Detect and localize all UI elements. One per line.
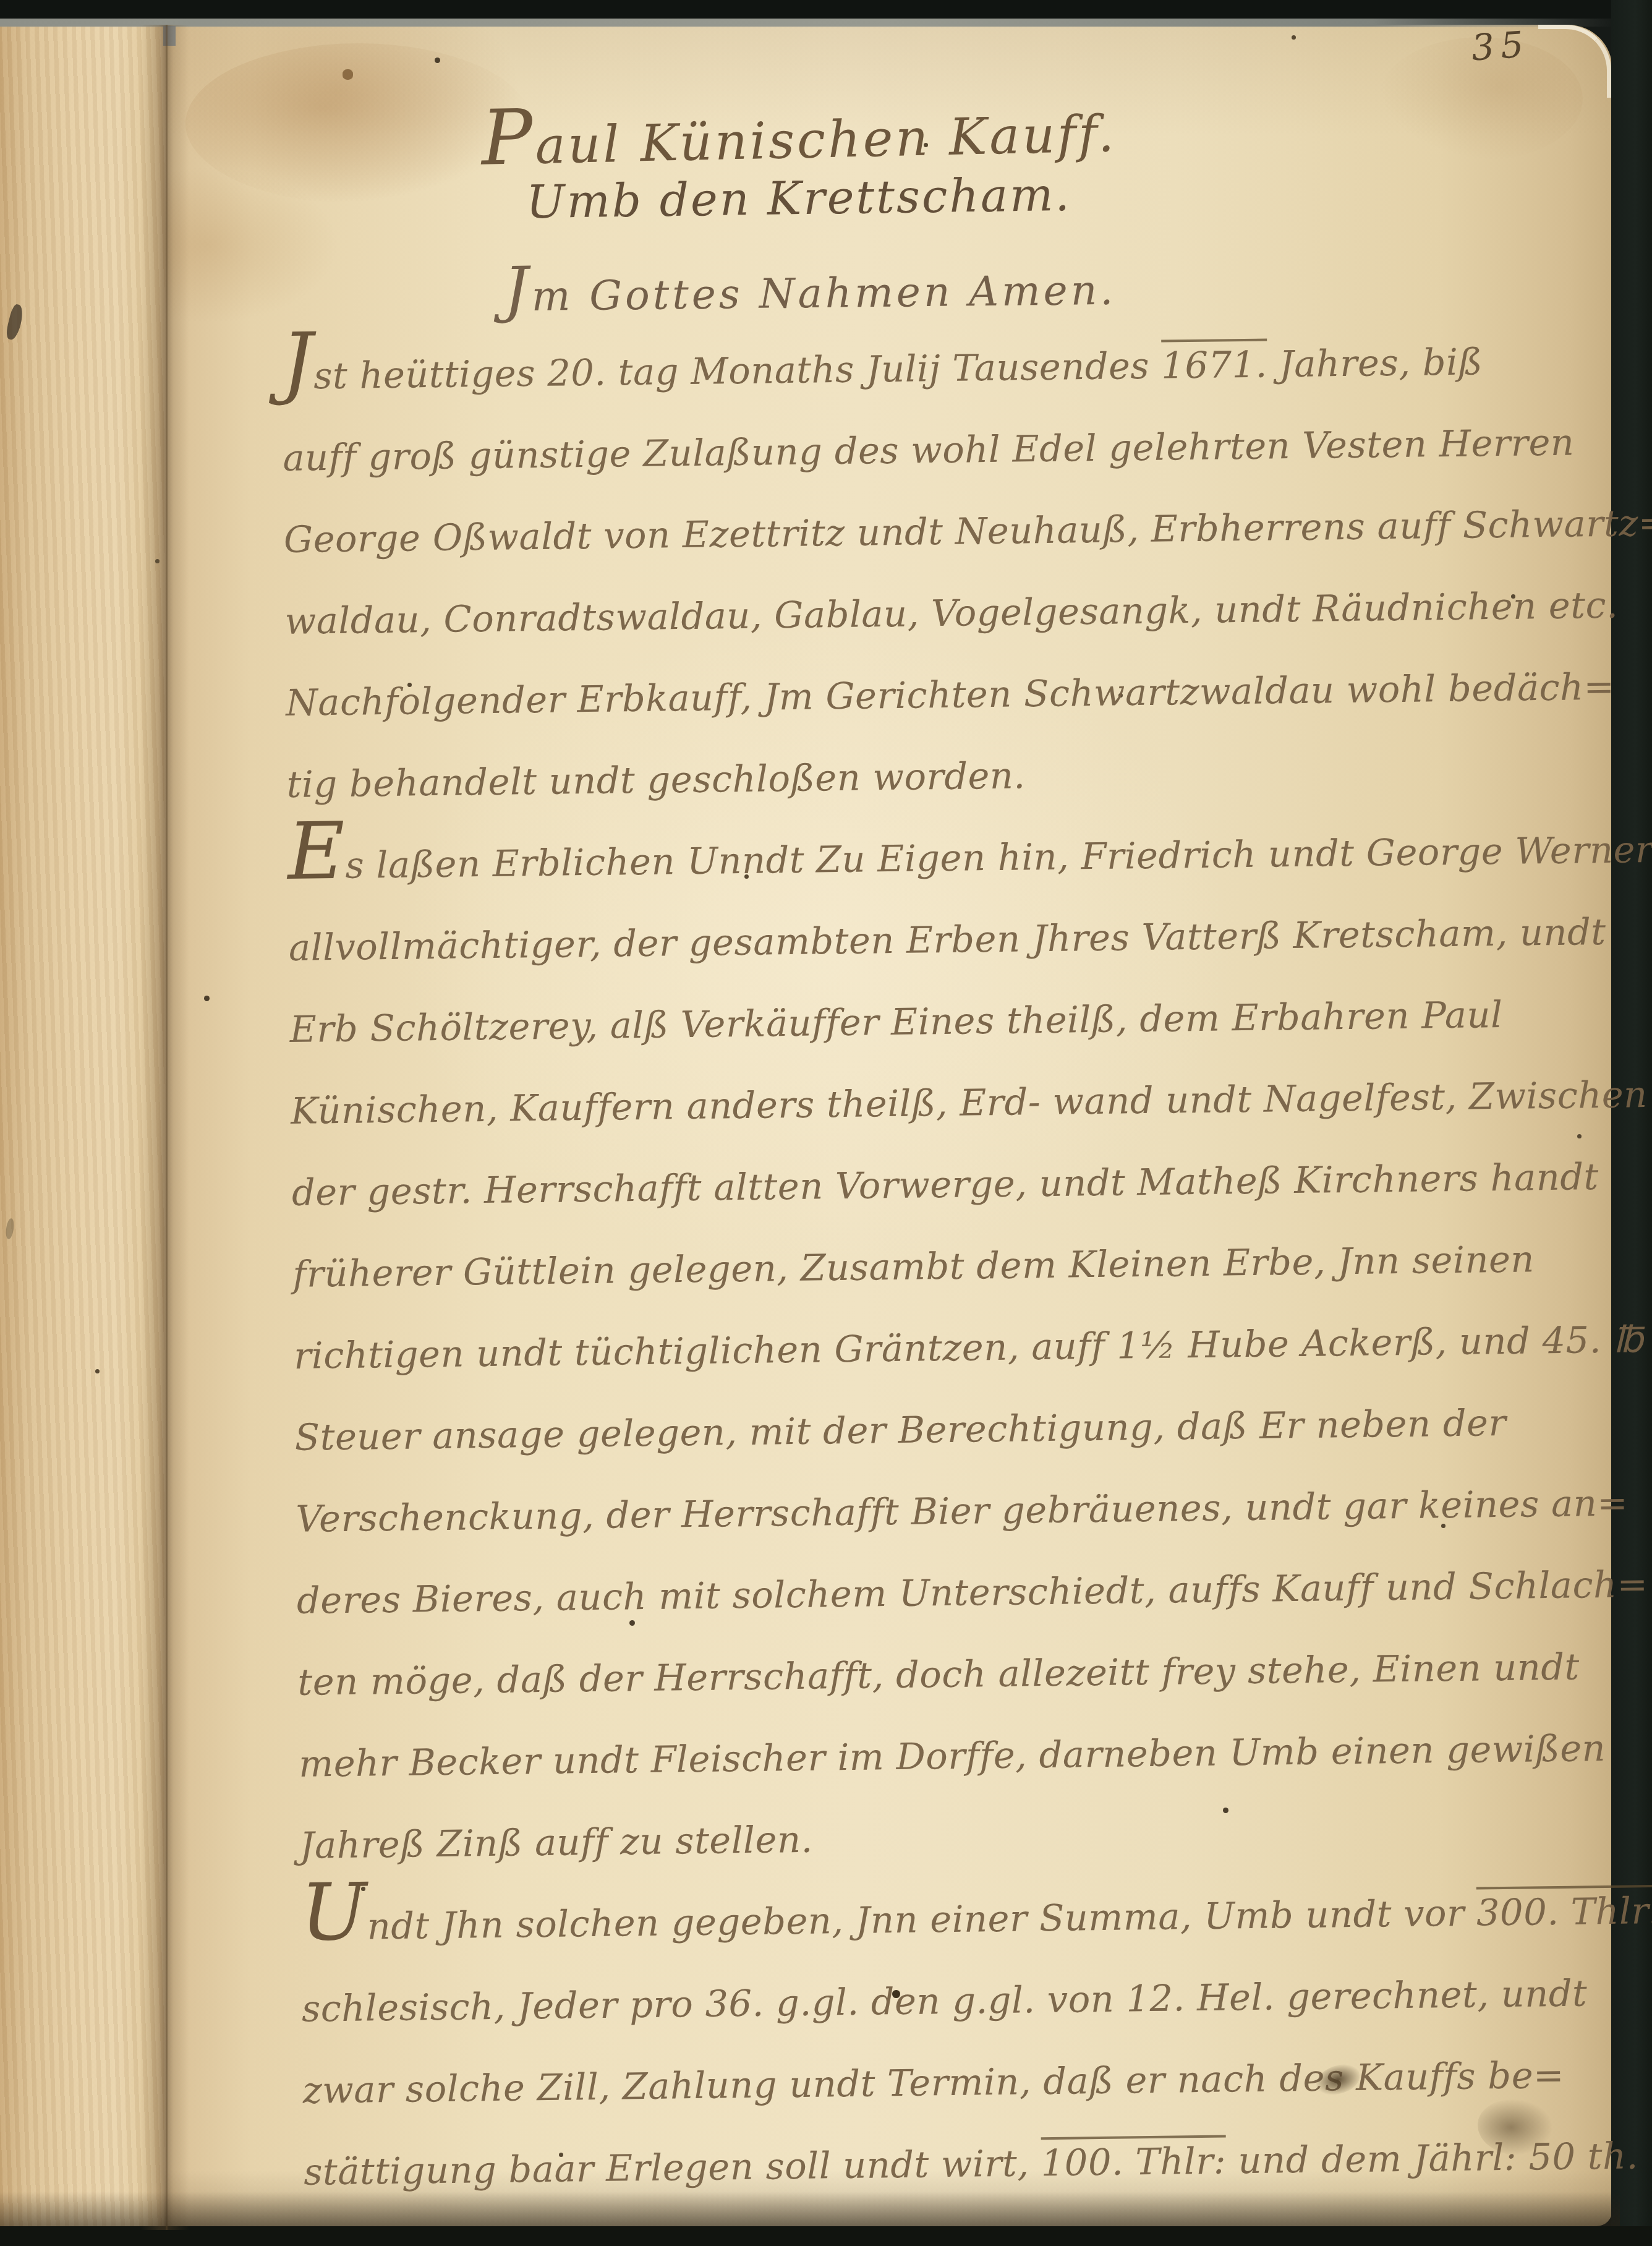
manuscript-line: deres Bieres, auch mit solchem Unterschi… <box>296 1544 1626 1642</box>
overlined-amount: 300. Thlr: <box>1476 1885 1652 1934</box>
edge-ink-mark-faint <box>5 1218 15 1239</box>
manuscript-scan: 35 Paul Künischen Kauff. Umb den Krettsc… <box>0 0 1652 2246</box>
paragraph-initial: U <box>300 1866 367 1958</box>
manuscript-line: Jahreß Zinß auff zu stellen. <box>299 1789 1629 1887</box>
manuscript-line: richtigen undt tüchtiglichen Gräntzen, a… <box>293 1299 1623 1397</box>
manuscript-line: ten möge, daß der Herrschafft, doch alle… <box>297 1626 1627 1723</box>
invocation-line: Jm Gottes Nahmen Amen. <box>191 245 1428 329</box>
manuscript-line: zwar solche Zill, Zahlung undt Termin, d… <box>302 2034 1632 2132</box>
manuscript-line: auff groß günstige Zulaßung des wohl Ede… <box>283 401 1612 499</box>
manuscript-line: schlesisch, Jeder pro 36. g.gl. den g.gl… <box>301 1952 1631 2050</box>
scan-border-bottom <box>0 2226 1652 2246</box>
manuscript-line: der gestr. Herrschafft altten Vorwerge, … <box>291 1136 1621 1234</box>
manuscript-line: Nachfolgender Erbkauff, Jm Gerichten Sch… <box>285 646 1615 744</box>
manuscript-line: Erb Schöltzerey, alß Verkäuffer Eines th… <box>289 973 1619 1070</box>
manuscript-line: Es laßen Erblichen Unndt Zu Eigen hin, F… <box>287 809 1617 907</box>
manuscript-line: Jst heüttiges 20. tag Monaths Julij Taus… <box>281 320 1611 417</box>
manuscript-line: stättigung baar Erlegen soll undt wirt, … <box>303 2116 1633 2213</box>
paper-specks <box>0 0 3 3</box>
manuscript-line: Verschenckung, der Herrschafft Bier gebr… <box>296 1462 1625 1560</box>
manuscript-line: früherer Güttlein gelegen, Zusambt dem K… <box>292 1218 1622 1315</box>
manuscript-line: tig behandelt undt geschloßen worden. <box>286 728 1616 826</box>
manuscript-line: Undt Jhn solchen gegeben, Jnn einer Summ… <box>300 1871 1630 1968</box>
manuscript-line: George Oßwaldt von Ezettritz undt Neuhau… <box>283 483 1613 581</box>
overlined-amount: 1671. <box>1161 339 1267 387</box>
paragraph-initial: E <box>287 805 346 897</box>
page-top-edge <box>0 19 1615 27</box>
manuscript-line: Steuer ansage gelegen, mit der Berechtig… <box>294 1381 1624 1479</box>
binding-gutter <box>140 25 189 2230</box>
folio-number: 35 <box>1470 20 1572 69</box>
manuscript-line: mehr Becker undt Fleischer im Dorffe, da… <box>298 1707 1628 1805</box>
gutter-crease-line <box>166 25 168 2230</box>
paragraph-initial: J <box>281 315 314 408</box>
scan-border-top <box>0 0 1652 19</box>
edge-ink-mark <box>4 303 25 341</box>
manuscript-body: Jst heüttiges 20. tag Monaths Julij Taus… <box>281 320 1633 2213</box>
manuscript-line: allvollmächtiger, der gesambten Erben Jh… <box>288 891 1618 989</box>
manuscript-line: waldau, Conradtswaldau, Gablau, Vogelges… <box>284 565 1614 662</box>
manuscript-line: Künischen, Kauffern anders theilß, Erd- … <box>291 1054 1620 1152</box>
overlined-amount: 100. Thlr: <box>1041 2135 1226 2185</box>
